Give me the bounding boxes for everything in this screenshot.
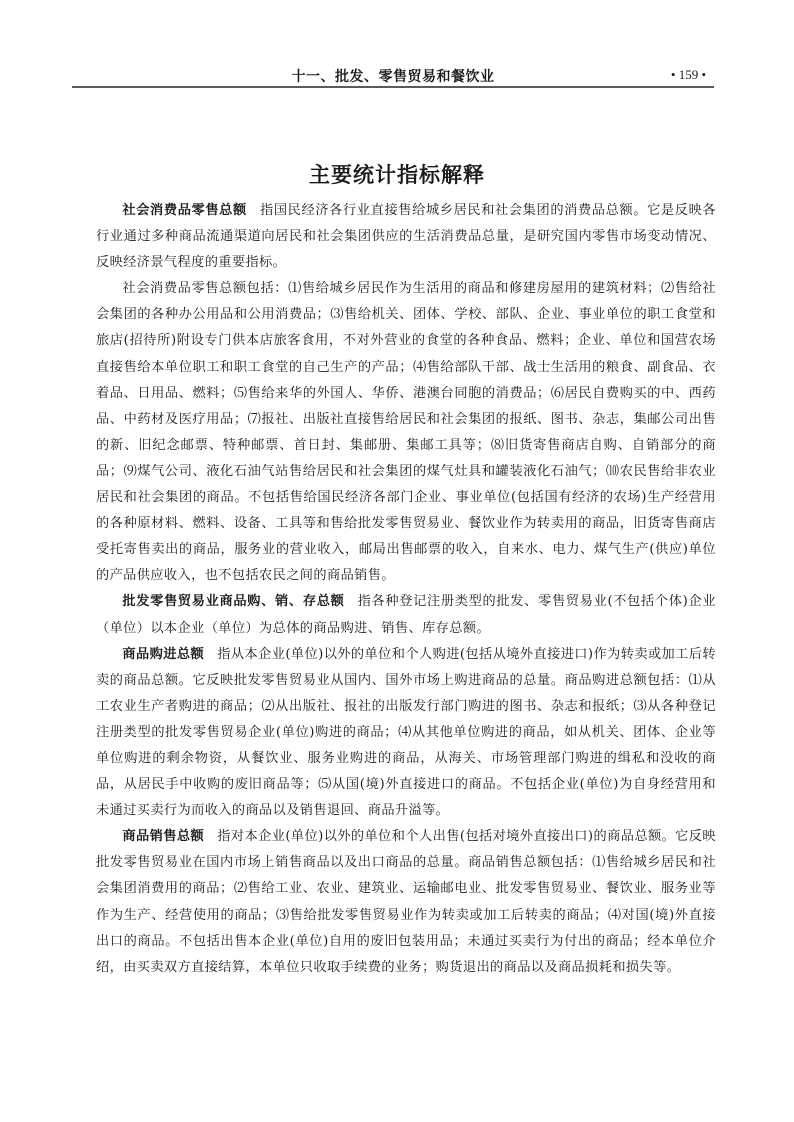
term-heading: 批发零售贸易业商品购、销、存总额 [122,594,344,609]
page-number: • 159 • [671,67,706,83]
paragraph-retail-sales: 社会消费品零售总额指国民经济各行业直接售给城乡居民和社会集团的消费品总额。它是反… [96,198,716,276]
paragraph-purchase-sales-stock: 批发零售贸易业商品购、销、存总额指各种登记注册类型的批发、零售贸易业(不包括个体… [96,589,716,641]
paragraph-text: 社会消费品零售总额包括：⑴售给城乡居民作为生活用的商品和修建房屋用的建筑材料；⑵… [96,281,716,583]
paragraph-retail-sales-scope: 社会消费品零售总额包括：⑴售给城乡居民作为生活用的商品和修建房屋用的建筑材料；⑵… [96,276,716,589]
paragraph-sales-total: 商品销售总额指对本企业(单位)以外的单位和个人出售(包括对境外直接出口)的商品总… [96,824,716,981]
term-heading: 社会消费品零售总额 [122,203,246,218]
page-title: 主要统计指标解释 [0,159,794,189]
paragraph-text: 指从本企业(单位)以外的单位和个人购进(包括从境外直接进口)作为转卖或加工后转卖… [96,647,716,819]
paragraph-purchase-total: 商品购进总额指从本企业(单位)以外的单位和个人购进(包括从境外直接进口)作为转卖… [96,642,716,825]
paragraph-text: 指对本企业(单位)以外的单位和个人出售(包括对境外直接出口)的商品总额。它反映批… [96,829,716,974]
chapter-title: 十一、批发、零售贸易和餐饮业 [72,66,714,86]
body-text: 社会消费品零售总额指国民经济各行业直接售给城乡居民和社会集团的消费品总额。它是反… [96,198,716,981]
header-rule [72,86,714,88]
term-heading: 商品销售总额 [122,829,204,844]
running-header: 十一、批发、零售贸易和餐饮业 • 159 • [72,66,714,86]
term-heading: 商品购进总额 [122,647,204,662]
